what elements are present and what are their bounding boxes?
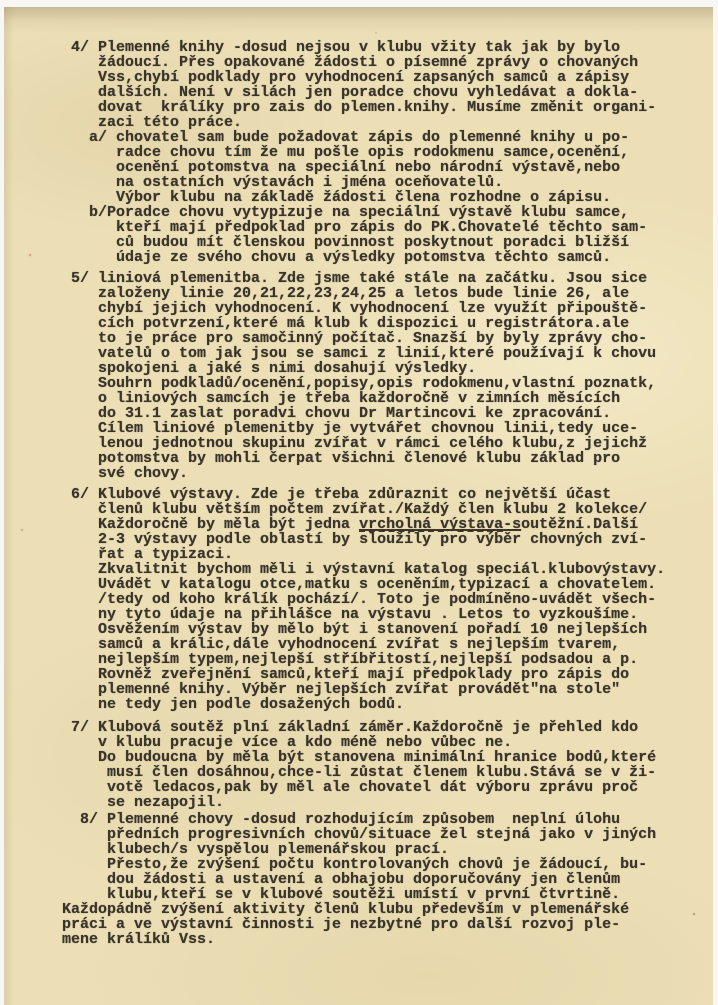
text-line: v klubu pracuje více a kdo méně nebo vůb…	[62, 735, 703, 750]
text-segment: své chovy.	[62, 465, 188, 482]
text-line: 4/ Plemenné knihy -dosud nejsou v klubu …	[62, 40, 703, 55]
text-line: 6/ Klubové výstavy. Zde je třeba zdůrazn…	[62, 487, 703, 502]
text-line: Osvěžením výstav by mělo být i stanovení…	[62, 622, 703, 637]
text-line: dou žádosti a ustavení a obhajobu doporu…	[62, 872, 703, 887]
text-line: ny tyto údaje na přihlášce na výstavu . …	[62, 607, 703, 622]
text-line: mene králíků Vss.	[62, 932, 703, 947]
text-line: předních progresivních chovů/situace žel…	[62, 827, 703, 842]
text-line: členů klubu větším počtem zvířat./Každý …	[62, 502, 703, 517]
text-segment: ne tedy jen podle dosažených bodů.	[62, 696, 404, 713]
text-line: Souhrn podkladů/ocenění,popisy,opis rodo…	[62, 376, 703, 391]
text-segment: chovných zví-	[521, 531, 647, 548]
text-line: na ostatních výstavách i jména oceňovate…	[62, 175, 703, 190]
scanned-page: 4/ Plemenné knihy -dosud nejsou v klubu …	[4, 7, 713, 1005]
paragraph-item-7: 7/ Klubová soutěž plní základní záměr.Ka…	[62, 720, 703, 810]
text-line: musí člen dosáhnou,chce-li zůstat členem…	[62, 765, 703, 780]
text-line: b/Poradce chovu vytypizuje na speciální …	[62, 205, 703, 220]
text-line: 5/ liniová plemenitba. Zde jsme také stá…	[62, 271, 703, 286]
text-line: ne tedy jen podle dosažených bodů.	[62, 697, 703, 712]
text-line: vatelů o tom jak jsou se samci z linií,k…	[62, 346, 703, 361]
text-line: Každoročně by měla být jedna vrcholná vý…	[62, 517, 703, 532]
paper-top-edge-shadow	[4, 7, 713, 33]
text-line: Zkvalitnit bychom měli i výstavní katalo…	[62, 562, 703, 577]
text-line: Cílem liniové plemenitby je vytvářet cho…	[62, 421, 703, 436]
scan-background: 4/ Plemenné knihy -dosud nejsou v klubu …	[0, 0, 718, 1005]
paragraph-item-8: 8/ Plemenné chovy -dosud rozhodujícím zp…	[62, 812, 703, 947]
text-line: dovat králíky pro zais do plemen.knihy. …	[62, 100, 703, 115]
text-line: Přesto,že zvýšení počtu kontrolovaných c…	[62, 857, 703, 872]
text-line: založeny linie 20,21,22,23,24,25 a letos…	[62, 286, 703, 301]
text-line: Každopádně zvýšení aktivity členů klubu …	[62, 902, 703, 917]
text-line: potomstva by mohli čerpat všichni členov…	[62, 451, 703, 466]
paragraph-item-5: 5/ liniová plemenitba. Zde jsme také stá…	[62, 271, 703, 481]
text-line: řat a typizaci.	[62, 547, 703, 562]
text-line: 2-3 výstavy podle oblastí by sloužily pr…	[62, 532, 703, 547]
text-line: údaje ze svého chovu a výsledky potomstv…	[62, 250, 703, 265]
text-line: práci a ve výstavní činnosti je nezbytné…	[62, 917, 703, 932]
text-line: Výbor klubu na základě žádosti člena roz…	[62, 190, 703, 205]
text-line: do 31.1 zaslat poradvi chovu Dr Martinco…	[62, 406, 703, 421]
text-line: plemenné knihy. Výběr nejlepších zvířat …	[62, 682, 703, 697]
text-line: lenou jednotnou skupinu zvířat v rámci c…	[62, 436, 703, 451]
text-line: zaci této práce.	[62, 115, 703, 130]
paragraph-item-4: 4/ Plemenné knihy -dosud nejsou v klubu …	[62, 40, 703, 265]
text-line: dalších. Není v silách jen poradce chovu…	[62, 85, 703, 100]
text-line: votě ledacos,pak by měl ale chovatel dát…	[62, 780, 703, 795]
text-line: klubech/s vyspělou plemenářskou prací.	[62, 842, 703, 857]
text-line: nejlepším typem,nejlepší stříbřitostí,ne…	[62, 652, 703, 667]
text-line: ocenění potomstva na speciální nebo náro…	[62, 160, 703, 175]
text-line: Rovněž zveřejnění samců,kteří mají předp…	[62, 667, 703, 682]
text-line: spokojeni a jaké s nimi dosahují výsledk…	[62, 361, 703, 376]
text-line: 7/ Klubová soutěž plní základní záměr.Ka…	[62, 720, 703, 735]
document-text: 4/ Plemenné knihy -dosud nejsou v klubu …	[62, 40, 703, 947]
paragraph-item-6: 6/ Klubové výstavy. Zde je třeba zdůrazn…	[62, 487, 703, 712]
text-line: o liniových samcích je třeba každoročně …	[62, 391, 703, 406]
text-segment: mene králíků Vss.	[62, 931, 215, 948]
text-line: své chovy.	[62, 466, 703, 481]
text-line: radce chovu tím že mu pošle opis rodokme…	[62, 145, 703, 160]
text-line: samců a králic,dále vyhodnocení zvířat s…	[62, 637, 703, 652]
text-line: Uvádět v katalogu otce,matku s oceněním,…	[62, 577, 703, 592]
text-line: /tedy od koho králík pochází/. Toto je p…	[62, 592, 703, 607]
text-segment: údaje ze svého chovu a výsledky potomstv…	[62, 249, 611, 266]
text-line: žádoucí. Přes opakované žádosti o písemn…	[62, 55, 703, 70]
text-line: Vss,chybí podklady pro vyhodnocení zapsa…	[62, 70, 703, 85]
text-line: to je práce pro samočinný počítač. Snazš…	[62, 331, 703, 346]
text-line: 8/ Plemenné chovy -dosud rozhodujícím zp…	[62, 812, 703, 827]
text-line: se nezapojil.	[62, 795, 703, 810]
text-line: kteří mají předpoklad pro zápis do PK.Ch…	[62, 220, 703, 235]
paper-left-edge-shadow	[4, 7, 14, 1005]
text-line: ců budou mít členskou povinnost poskytno…	[62, 235, 703, 250]
text-line: cích potvrzení,které má klub k dispozici…	[62, 316, 703, 331]
text-line: Do budoucna by měla být stanovena minimá…	[62, 750, 703, 765]
marked-text-segment: sloužily pro výběr	[359, 531, 521, 548]
text-line: a/ chovatel sam bude požadovat zápis do …	[62, 130, 703, 145]
text-line: chybí jejich vyhodnocení. K vyhodnocení …	[62, 301, 703, 316]
text-segment: se nezapojil.	[62, 794, 224, 811]
text-line: klubu,kteří se v klubové soutěži umístí …	[62, 887, 703, 902]
